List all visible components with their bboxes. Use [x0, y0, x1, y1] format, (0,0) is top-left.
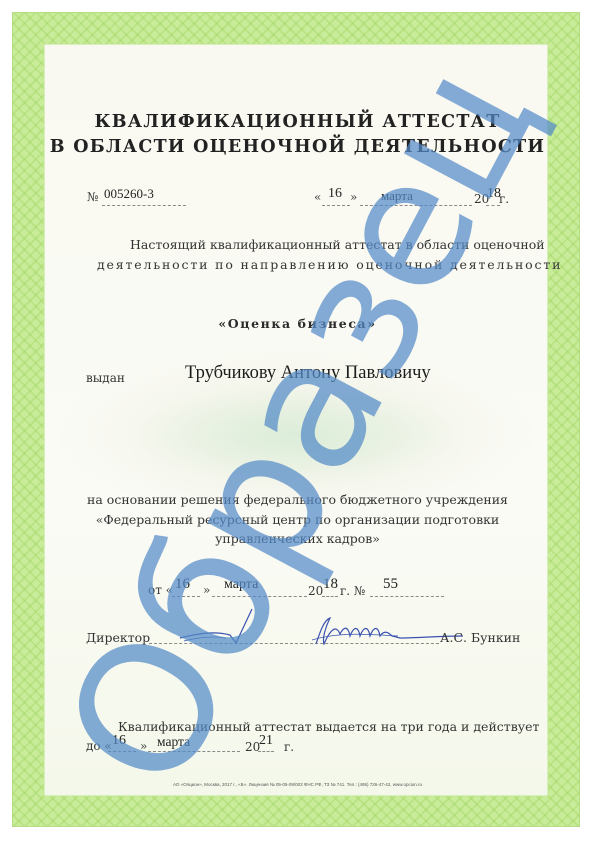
- issue-day-underline: [322, 205, 350, 206]
- validity-line: Квалификационный аттестат выдается на тр…: [118, 719, 539, 734]
- issue-date-open-quote: «: [314, 190, 321, 204]
- decision-number-underline: [370, 596, 444, 597]
- valid-year-suffix: 21: [259, 733, 273, 749]
- decision-day-underline: [172, 596, 200, 597]
- decision-year-prefix: 20: [308, 584, 323, 598]
- decision-number: 55: [383, 576, 398, 593]
- basis-line-1: на основании решения федерального бюджет…: [0, 492, 595, 507]
- number-label: №: [87, 190, 98, 204]
- number-underline: [102, 205, 186, 206]
- decision-year-suffix: 18: [323, 576, 338, 593]
- holder-name: Трубчикову Антону Павловичу: [185, 363, 431, 384]
- intro-line-2: деятельности по направлению оценочной де…: [97, 257, 562, 272]
- title-line-1: КВАЛИФИКАЦИОННЫЙ АТТЕСТАТ: [0, 112, 595, 132]
- certificate-number: 005260-3: [104, 186, 154, 202]
- valid-month: марта: [157, 734, 190, 750]
- valid-close-quote: »: [140, 739, 147, 753]
- valid-year-underline: [258, 751, 274, 752]
- decision-year-underline: [322, 596, 338, 597]
- decision-day: 16: [175, 576, 190, 593]
- issue-year-label: г.: [499, 192, 509, 206]
- basis-line-2: «Федеральный ресурсный центр по организа…: [0, 512, 595, 527]
- basis-line-3: управленческих кадров»: [0, 531, 595, 546]
- decision-number-label: г. №: [340, 584, 365, 598]
- direction-title: «Оценка бизнеса»: [0, 316, 595, 331]
- decision-month-underline: [212, 596, 307, 597]
- decision-month: марта: [224, 577, 258, 593]
- director-name: А.С. Бункин: [440, 630, 520, 645]
- title-line-2: В ОБЛАСТИ ОЦЕНОЧНОЙ ДЕЯТЕЛЬНОСТИ: [0, 137, 595, 157]
- issue-date-close-quote: »: [350, 190, 357, 204]
- printer-info: АО «Опцион», Москва, 2017 г., «Б». Лицен…: [0, 782, 595, 787]
- valid-day-underline: [108, 751, 136, 752]
- issued-label: выдан: [86, 371, 125, 385]
- issue-day: 16: [328, 186, 342, 202]
- issue-month: марта: [381, 188, 413, 204]
- certificate-paper: [45, 45, 547, 795]
- decision-from-label: от «: [148, 583, 173, 597]
- decision-close-quote: »: [203, 583, 210, 597]
- intro-line-1: Настоящий квалификационный аттестат в об…: [130, 237, 545, 252]
- stamp-signature-mark: [170, 605, 260, 650]
- issue-year-underline: [486, 205, 500, 206]
- valid-year-label: г.: [284, 740, 294, 754]
- valid-day: 16: [112, 733, 126, 749]
- issue-month-underline: [360, 205, 472, 206]
- director-label: Директор: [86, 630, 150, 645]
- valid-month-underline: [148, 751, 240, 752]
